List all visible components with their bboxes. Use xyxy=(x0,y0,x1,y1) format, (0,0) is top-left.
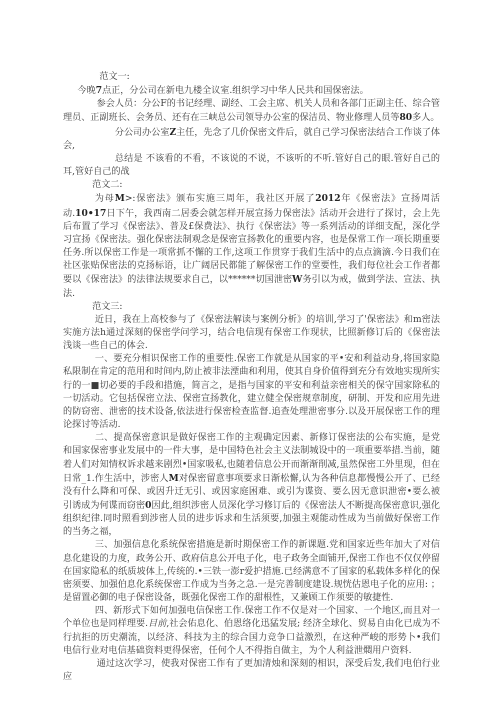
text-run: 通过这次学习，使我对保密工作有了更加清烛和深刻的相识，深受后发,我们电伯行业应 xyxy=(63,659,440,682)
essay2-para-1: 为母M>:保密法》颁布实施三周年，我社区开展了2012年《保密法》宣扬周活动.1… xyxy=(63,192,440,300)
text-run: 10•17 xyxy=(75,208,106,219)
document-page: 范文一:今晚7点正，分公司在新电九楼全议室.组织学习中华人民共和国保密法。参会人… xyxy=(0,0,500,707)
essay1-para-1: 今晚7点正，分公司在新电九楼全议室.组织学习中华人民共和国保密法。 xyxy=(63,84,440,98)
text-run: 目前 xyxy=(148,619,166,629)
essay1-heading: 范文一: xyxy=(63,71,440,84)
essay3-point-1: 一、要充分相识保密工作的重要性.保密工作就是从国家的平•安和利益动身,将国家隐私… xyxy=(63,353,440,432)
text-run: M xyxy=(169,473,179,484)
essay1-para-2: 参会人员：分公F的书记经理、副经、工会主席、机关人员和各部门正副主任、综合管理员… xyxy=(63,98,440,125)
text-run: W xyxy=(292,274,302,285)
text-run: 参会人员：分公F的书记经理、副经、工会主席、机关人员和各部门正副主任、综合管理员… xyxy=(63,99,440,123)
text-run: 三、加强信息化系统保密措施是新时期保密工作的新课题.党和国家近些年加大了对信息化… xyxy=(63,540,440,603)
essay3-point-3: 三、加强信息化系统保密措施是新时期保密工作的新课题.党和国家近些年加大了对信息化… xyxy=(63,539,440,605)
text-run: 80 xyxy=(399,112,412,123)
essay2-heading: 范文二: xyxy=(63,179,440,192)
text-run: 近日，我在上高校参与了《保密法解读与案例分析》的培训,学习了'保密法》和m密法实… xyxy=(63,315,440,351)
text-run: 范文三: xyxy=(92,302,122,312)
essay3-point-2: 二、提高保密意识是做好保密工作的主观确定因素、新修订保密法的公布实施，是党和国家… xyxy=(63,432,440,539)
text-run: 多人。 xyxy=(412,113,439,123)
text-run: 总结是 不该看的不看，不该说的不说，不该听的不听.管好自己的眼.管好自己的耳,管… xyxy=(63,154,440,177)
essay3-para-1: 近日，我在上高校参与了《保密法解读与案例分析》的培训,学习了'保密法》和m密法实… xyxy=(63,314,440,353)
text-run: 日下午，我西南二居委会就怎样开展宣扬力保密法》活动开会进行了探讨，会上先后布置了… xyxy=(63,209,440,286)
essay3-point-4: 四、新形式下如何加强电信保密工作.保密工作不仅是对一个国家、一个地区,而且对一个… xyxy=(63,605,440,658)
text-run: 点正，分公司在新电九楼全议室.组织学习中华人民共和国保密法。 xyxy=(102,86,369,96)
text-run: 2012 xyxy=(315,193,340,204)
text-run: 今晚 xyxy=(78,86,96,96)
text-run: 范文一: xyxy=(99,72,129,82)
text-run: 一、要充分相识保密工作的重要性.保密工作就是从国家的平•安和利益动身,将国家隐私… xyxy=(63,354,440,430)
text-run: M xyxy=(115,193,125,204)
text-run: >:保密法》颁布实施三周年，我社区开展了 xyxy=(125,194,315,204)
text-run: 为母 xyxy=(95,194,115,204)
document-body: 范文一:今晚7点正，分公司在新电九楼全议室.组织学习中华人民共和国保密法。参会人… xyxy=(63,71,440,684)
text-run: 范文二: xyxy=(92,180,122,190)
essay3-closing: 通过这次学习，使我对保密工作有了更加清烛和深刻的相识，深受后发,我们电伯行业应 xyxy=(63,658,440,684)
text-run: 分公司办公室 xyxy=(115,128,170,138)
essay1-para-3: 分公司办公室Z主任，先念了几价保密文件后，就自己学习保密法结合工作谈了体会, xyxy=(63,126,440,153)
essay3-heading: 范文三: xyxy=(63,301,440,314)
essay1-para-4: 总结是 不该看的不看，不该说的不说，不该听的不听.管好自己的眼.管好自己的耳,管… xyxy=(63,153,440,179)
